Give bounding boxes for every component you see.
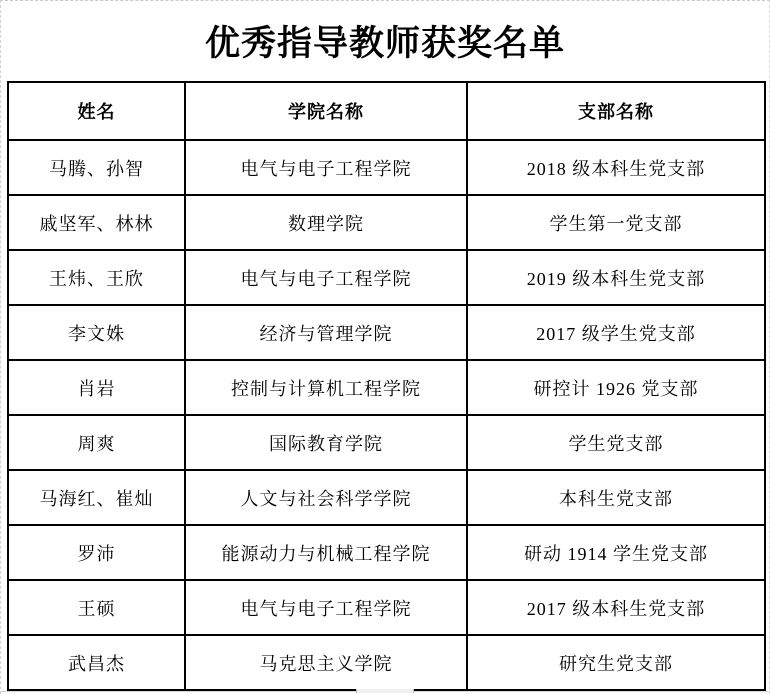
header-row: 姓名 学院名称 支部名称: [8, 82, 765, 140]
cell-name: 肖岩: [8, 360, 185, 415]
cell-name: 武昌杰: [8, 635, 185, 690]
table-row: 马腾、孙智 电气与电子工程学院 2018 级本科生党支部: [8, 140, 765, 195]
cell-branch: 研究生党支部: [467, 635, 765, 690]
cell-college: 电气与电子工程学院: [185, 140, 467, 195]
cell-name: 王硕: [8, 580, 185, 635]
cell-branch: 研动 1914 学生党支部: [467, 525, 765, 580]
cell-college: 控制与计算机工程学院: [185, 360, 467, 415]
cell-college: 电气与电子工程学院: [185, 580, 467, 635]
cell-branch: 2017 级学生党支部: [467, 305, 765, 360]
cell-name: 马海红、崔灿: [8, 470, 185, 525]
cell-college: 经济与管理学院: [185, 305, 467, 360]
cell-branch: 学生党支部: [467, 415, 765, 470]
cell-college: 能源动力与机械工程学院: [185, 525, 467, 580]
table-row: 肖岩 控制与计算机工程学院 研控计 1926 党支部: [8, 360, 765, 415]
document-page: 优秀指导教师获奖名单 姓名 学院名称 支部名称 马腾、孙智 电气与电子工程学院 …: [0, 0, 770, 694]
page-title: 优秀指导教师获奖名单: [205, 16, 565, 66]
table-row: 周爽 国际教育学院 学生党支部: [8, 415, 765, 470]
table-row: 王硕 电气与电子工程学院 2017 级本科生党支部: [8, 580, 765, 635]
cell-name: 马腾、孙智: [8, 140, 185, 195]
cell-name: 周爽: [8, 415, 185, 470]
column-header-name: 姓名: [8, 82, 185, 140]
cell-branch: 2017 级本科生党支部: [467, 580, 765, 635]
column-header-college: 学院名称: [185, 82, 467, 140]
cell-name: 李文姝: [8, 305, 185, 360]
cell-name: 王炜、王欣: [8, 250, 185, 305]
cell-college: 马克思主义学院: [185, 635, 467, 690]
table-row: 王炜、王欣 电气与电子工程学院 2019 级本科生党支部: [8, 250, 765, 305]
table-row: 武昌杰 马克思主义学院 研究生党支部: [8, 635, 765, 690]
cell-name: 罗沛: [8, 525, 185, 580]
page-bottom-marker: [356, 689, 414, 693]
award-table: 姓名 学院名称 支部名称 马腾、孙智 电气与电子工程学院 2018 级本科生党支…: [7, 81, 766, 691]
cell-name: 戚坚军、林林: [8, 195, 185, 250]
table-row: 罗沛 能源动力与机械工程学院 研动 1914 学生党支部: [8, 525, 765, 580]
cell-branch: 研控计 1926 党支部: [467, 360, 765, 415]
cell-college: 人文与社会科学学院: [185, 470, 467, 525]
cell-branch: 2019 级本科生党支部: [467, 250, 765, 305]
cell-branch: 学生第一党支部: [467, 195, 765, 250]
column-header-branch: 支部名称: [467, 82, 765, 140]
table-row: 李文姝 经济与管理学院 2017 级学生党支部: [8, 305, 765, 360]
cell-branch: 本科生党支部: [467, 470, 765, 525]
title-area: 优秀指导教师获奖名单: [1, 1, 769, 81]
cell-college: 国际教育学院: [185, 415, 467, 470]
table-row: 戚坚军、林林 数理学院 学生第一党支部: [8, 195, 765, 250]
cell-branch: 2018 级本科生党支部: [467, 140, 765, 195]
cell-college: 数理学院: [185, 195, 467, 250]
table-row: 马海红、崔灿 人文与社会科学学院 本科生党支部: [8, 470, 765, 525]
cell-college: 电气与电子工程学院: [185, 250, 467, 305]
